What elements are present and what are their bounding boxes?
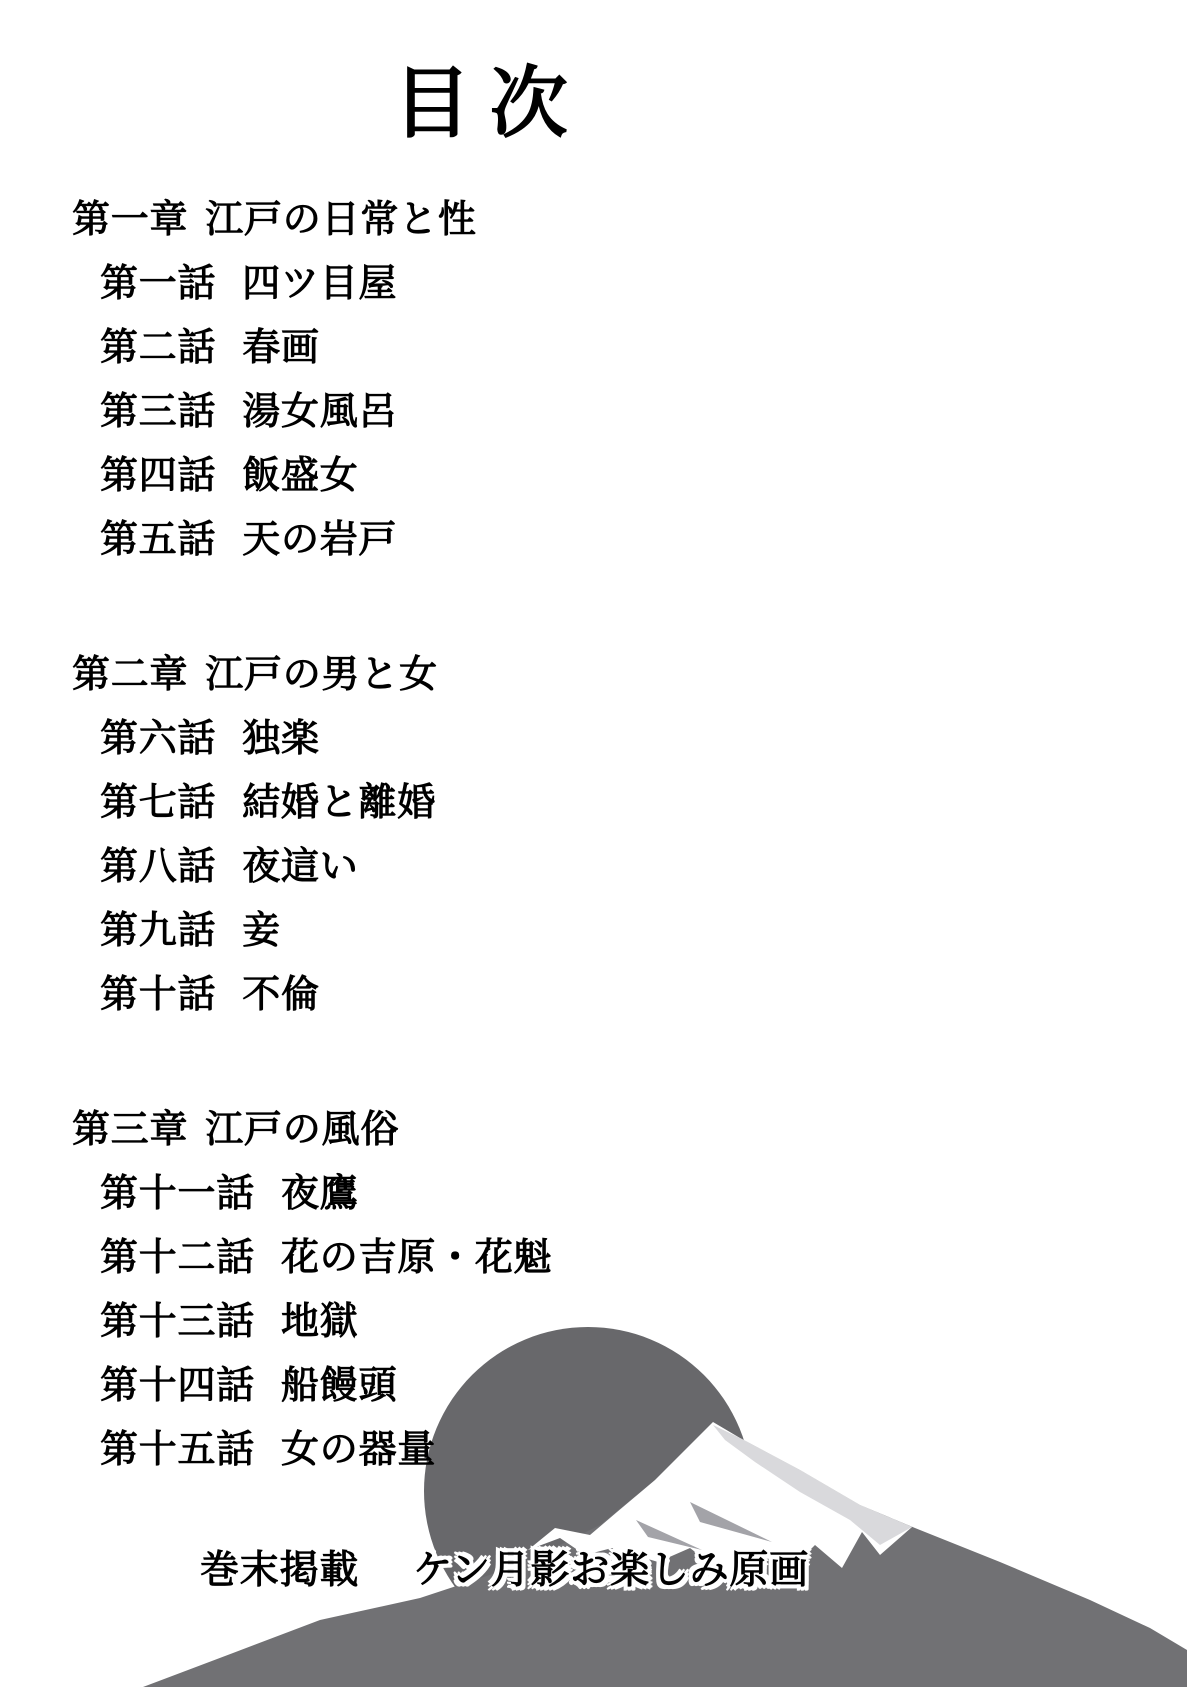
chapter-heading-1-title: 江戸の日常と性 (205, 199, 476, 241)
episode-entry: 第八話夜這い (100, 847, 359, 889)
episode-entry-title: 湯女風呂 (242, 391, 397, 433)
episode-entry-number: 第二話 (100, 327, 216, 369)
episode-entry-number: 第一話 (100, 263, 216, 305)
episode-entry: 第一話四ツ目屋 (100, 264, 397, 306)
episode-entry-number: 第八話 (100, 846, 216, 888)
episode-entry-title: 結婚と離婚 (242, 782, 436, 824)
page-title: 目次 (393, 64, 586, 142)
episode-entry-number: 第十一話 (100, 1173, 255, 1215)
episode-entry-number: 第三話 (100, 391, 216, 433)
episode-entry: 第十二話花の吉原・花魁 (100, 1238, 552, 1280)
episode-entry-title: 夜這い (242, 846, 358, 888)
episode-entry: 第十五話女の器量 (100, 1430, 436, 1472)
footer-note-title: ケン月影お楽しみ原画 (413, 1549, 809, 1592)
episode-entry: 第十四話船饅頭 (100, 1366, 397, 1408)
episode-entry: 第二話春画 (100, 328, 320, 370)
episode-entry: 第七話結婚と離婚 (100, 783, 436, 825)
episode-entry-title: 春画 (242, 327, 320, 369)
episode-entry-number: 第九話 (100, 910, 216, 952)
episode-entry: 第六話独楽 (100, 719, 320, 761)
chapter-heading-1: 第一章江戸の日常と性 (72, 200, 477, 242)
episode-entry: 第十一話夜鷹 (100, 1174, 359, 1216)
episode-entry-number: 第十三話 (100, 1301, 255, 1343)
episode-entry-number: 第五話 (100, 519, 216, 561)
episode-entry-title: 四ツ目屋 (242, 263, 397, 305)
chapter-heading-2-number: 第二章 (72, 654, 188, 696)
episode-entry-title: 花の吉原・花魁 (281, 1237, 552, 1279)
episode-entry-title: 地獄 (281, 1301, 359, 1343)
chapter-heading-3-title: 江戸の風俗 (205, 1109, 399, 1151)
episode-entry-title: 天の岩戸 (242, 519, 397, 561)
episode-entry-title: 夜鷹 (281, 1173, 359, 1215)
episode-entry-number: 第六話 (100, 718, 216, 760)
episode-entry-number: 第四話 (100, 455, 216, 497)
episode-entry-number: 第十四話 (100, 1365, 255, 1407)
chapter-heading-3: 第三章江戸の風俗 (72, 1110, 399, 1152)
chapter-heading-2-title: 江戸の男と女 (205, 654, 438, 696)
episode-entry-number: 第十二話 (100, 1237, 255, 1279)
episode-entry-title: 飯盛女 (242, 455, 358, 497)
episode-entry: 第九話妾 (100, 911, 281, 953)
episode-entry-title: 女の器量 (281, 1429, 436, 1471)
episode-entry-number: 第十五話 (100, 1429, 255, 1471)
episode-entry-number: 第七話 (100, 782, 216, 824)
episode-entry: 第三話湯女風呂 (100, 392, 397, 434)
episode-entry: 第十話不倫 (100, 975, 320, 1017)
footer-note-prefix: 巻末掲載 (200, 1549, 359, 1592)
chapter-heading-3-number: 第三章 (72, 1109, 188, 1151)
episode-entry: 第五話天の岩戸 (100, 520, 397, 562)
chapter-heading-2: 第二章江戸の男と女 (72, 655, 438, 697)
chapter-heading-1-number: 第一章 (72, 199, 188, 241)
episode-entry-title: 船饅頭 (281, 1365, 397, 1407)
toc-page: { "page": { "title": "目次" }, "toc": { "c… (0, 0, 1187, 1687)
episode-entry: 第十三話地獄 (100, 1302, 359, 1344)
episode-entry-title: 不倫 (242, 974, 320, 1016)
episode-entry-title: 妾 (242, 910, 281, 952)
episode-entry-number: 第十話 (100, 974, 216, 1016)
footer-note: 巻末掲載ケン月影お楽しみ原画 (200, 1550, 809, 1593)
episode-entry: 第四話飯盛女 (100, 456, 359, 498)
episode-entry-title: 独楽 (242, 718, 320, 760)
